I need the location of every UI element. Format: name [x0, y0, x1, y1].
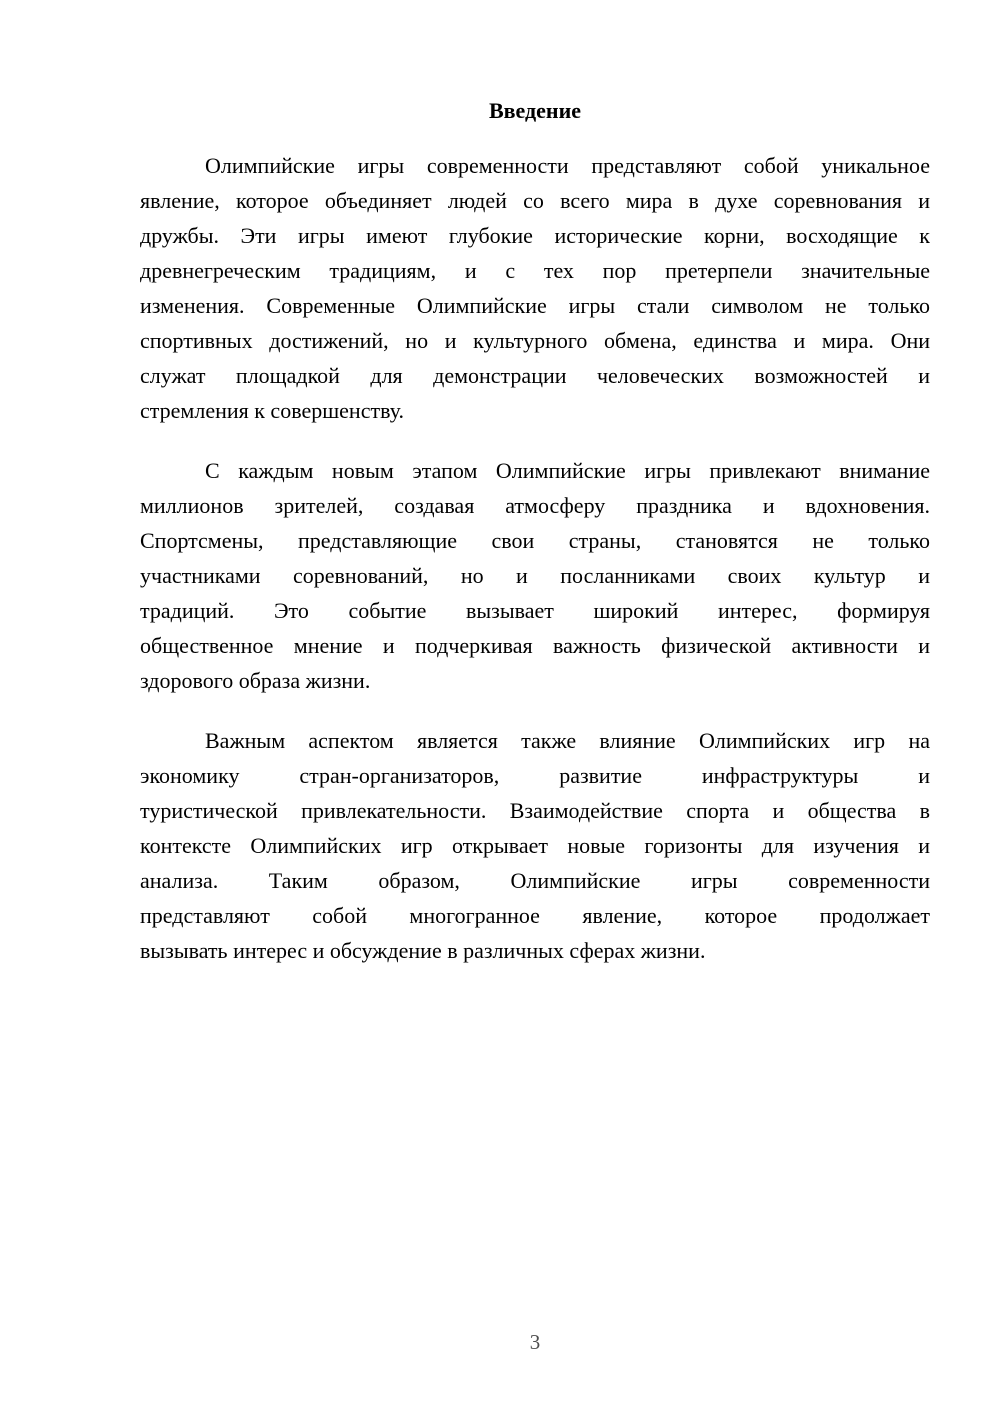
paragraph-line: контексте Олимпийских игр открывает новы… — [140, 828, 930, 863]
paragraph-line: анализа. Таким образом, Олимпийские игры… — [140, 863, 930, 898]
paragraph-line: туристической привлекательности. Взаимод… — [140, 793, 930, 828]
paragraph-line: стремления к совершенству. — [140, 393, 930, 428]
paragraph-line: традиций. Это событие вызывает широкий и… — [140, 593, 930, 628]
paragraph-line: Спортсмены, представляющие свои страны, … — [140, 523, 930, 558]
paragraphs: Олимпийские игры современности представл… — [140, 148, 930, 968]
page-number: 3 — [140, 1330, 930, 1355]
paragraph-line: древнегреческим традициям, и с тех пор п… — [140, 253, 930, 288]
paragraph-line: явление, которое объединяет людей со все… — [140, 183, 930, 218]
paragraph-line: экономику стран-организаторов, развитие … — [140, 758, 930, 793]
page-title: Введение — [140, 0, 930, 125]
paragraph-line: миллионов зрителей, создавая атмосферу п… — [140, 488, 930, 523]
paragraph-line: здорового образа жизни. — [140, 663, 930, 698]
paragraph-line: изменения. Современные Олимпийские игры … — [140, 288, 930, 323]
paragraph-line: спортивных достижений, но и культурного … — [140, 323, 930, 358]
paragraph-line: Важным аспектом является также влияние О… — [140, 723, 930, 758]
paragraph-line: общественное мнение и подчеркивая важнос… — [140, 628, 930, 663]
document-page: Введение Олимпийские игры современности … — [0, 0, 1000, 1414]
paragraph-line: служат площадкой для демонстрации челове… — [140, 358, 930, 393]
paragraph-line: С каждым новым этапом Олимпийские игры п… — [140, 453, 930, 488]
paragraph-line: дружбы. Эти игры имеют глубокие историче… — [140, 218, 930, 253]
paragraph: Олимпийские игры современности представл… — [140, 148, 930, 428]
paragraph: Важным аспектом является также влияние О… — [140, 723, 930, 968]
paragraph-line: представляют собой многогранное явление,… — [140, 898, 930, 933]
paragraph-line: вызывать интерес и обсуждение в различны… — [140, 933, 930, 968]
paragraph-line: участниками соревнований, но и посланник… — [140, 558, 930, 593]
paragraph: С каждым новым этапом Олимпийские игры п… — [140, 453, 930, 698]
paragraph-line: Олимпийские игры современности представл… — [140, 148, 930, 183]
